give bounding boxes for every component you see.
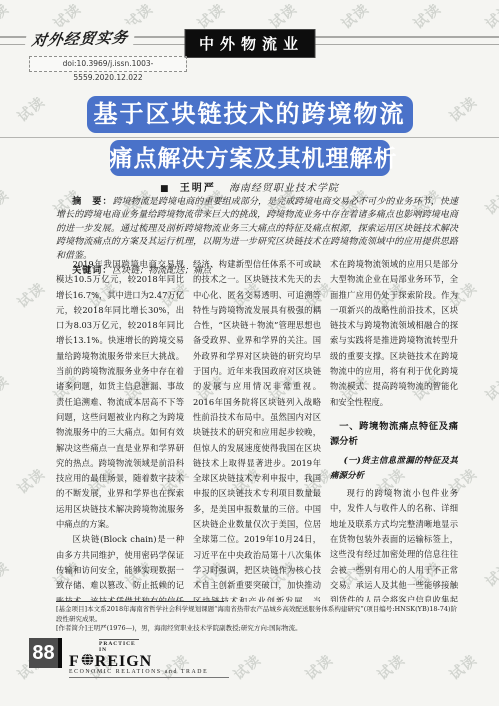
abstract-paragraph: 摘 要：跨境物流是跨境电商的重要组成部分，是完成跨境电商交易必不可少的业务环节，… [56, 195, 458, 263]
paragraph: 术在跨境物流领域的应用只是部分大型物流企业在局部业务环节，全面推广应用仍处于探索… [330, 257, 458, 410]
page-footer: 88 PRACTICE IN F REIGN ECONOMIC RELATION… [29, 638, 229, 678]
paragraph: 区块链(Block chain)是一种由多方共同维护，使用密码学保证传输和访问安… [56, 532, 184, 602]
paragraph: 2019年我国跨境电商交易规模达10.5万亿元，较2018年同比增长16.7%，… [56, 257, 184, 532]
article-title-line1: 基于区块链技术的跨境物流 [87, 96, 413, 133]
globe-icon [80, 653, 95, 669]
page-number: 88 [29, 638, 58, 668]
logo-foreign-text: F REIGN [69, 653, 229, 669]
logo-letters-reign: REIGN [95, 654, 152, 669]
author-affiliation: 海南经贸职业技术学院 [229, 183, 339, 194]
journal-masthead-logo: 对外经贸实务 [24, 24, 136, 53]
logo-practice-in-text: PRACTICE IN [99, 639, 139, 653]
abstract-label: 摘 要： [72, 196, 112, 206]
body-column-2: 经济、构建新型信任体系不可或缺的技术之一。区块链技术先天的去中心化、匿名交易透明… [193, 257, 321, 602]
author-row: ■ 王明严 海南经贸职业技术学院 [0, 179, 499, 194]
journal-logo: PRACTICE IN F REIGN ECONOMIC RELATIONS a… [69, 638, 229, 678]
footnote-fund-project: [基金项目]本文系2018年海南省哲学社会科学规划课题“海南省热带农产品城乡高效… [56, 605, 458, 624]
journal-page: 试读试读试读试读试读试读试读试读试读试读试读试读试读试读试读试读试读试读试读试读… [0, 0, 499, 706]
section-badge: 中外物流业 [184, 29, 315, 58]
paragraph: 现行的跨境物流小包件业务中，发件人与收件人的名称、详细地址及联系方式均完整清晰地… [330, 486, 458, 602]
title-divider-rule [0, 137, 499, 138]
article-title-line2: 痛点解决方案及其机理解析 [110, 140, 390, 176]
footnote-author-bio: [作者简介]王明严(1976—)，男，海南经贸职业技术学院副教授;研究方向:国际… [56, 624, 458, 634]
footnote-block: [基金项目]本文系2018年海南省哲学社会科学规划课题“海南省热带农产品城乡高效… [56, 601, 458, 634]
section-heading: 一、跨境物流痛点特征及痛源分析 [330, 419, 458, 450]
abstract-text: 跨境物流是跨境电商的重要组成部分，是完成跨境电商交易必不可少的业务环节，快速增长… [56, 197, 458, 261]
author-name: 王明严 [180, 183, 216, 194]
body-column-3: 术在跨境物流领域的应用只是部分大型物流企业在局部业务环节，全面推广应用仍处于探索… [330, 257, 458, 602]
logo-economic-relations-text: ECONOMIC RELATIONS and TRADE [69, 669, 229, 678]
doi-label: doi:10.3969/j.issn.1003-5559.2020.12.022 [29, 56, 187, 72]
author-bullet-icon: ■ [160, 184, 169, 194]
logo-letter-f: F [69, 654, 80, 669]
footnote-rule [56, 601, 224, 602]
body-column-1: 2019年我国跨境电商交易规模达10.5万亿元，较2018年同比增长16.7%，… [56, 257, 184, 602]
subsection-heading: (一)货主信息泄漏的特征及其痛源分析 [330, 454, 458, 485]
paragraph: 经济、构建新型信任体系不可或缺的技术之一。区块链技术先天的去中心化、匿名交易透明… [193, 257, 321, 602]
article-body: 2019年我国跨境电商交易规模达10.5万亿元，较2018年同比增长16.7%，… [56, 257, 458, 602]
footer-divider-bar [58, 638, 62, 668]
